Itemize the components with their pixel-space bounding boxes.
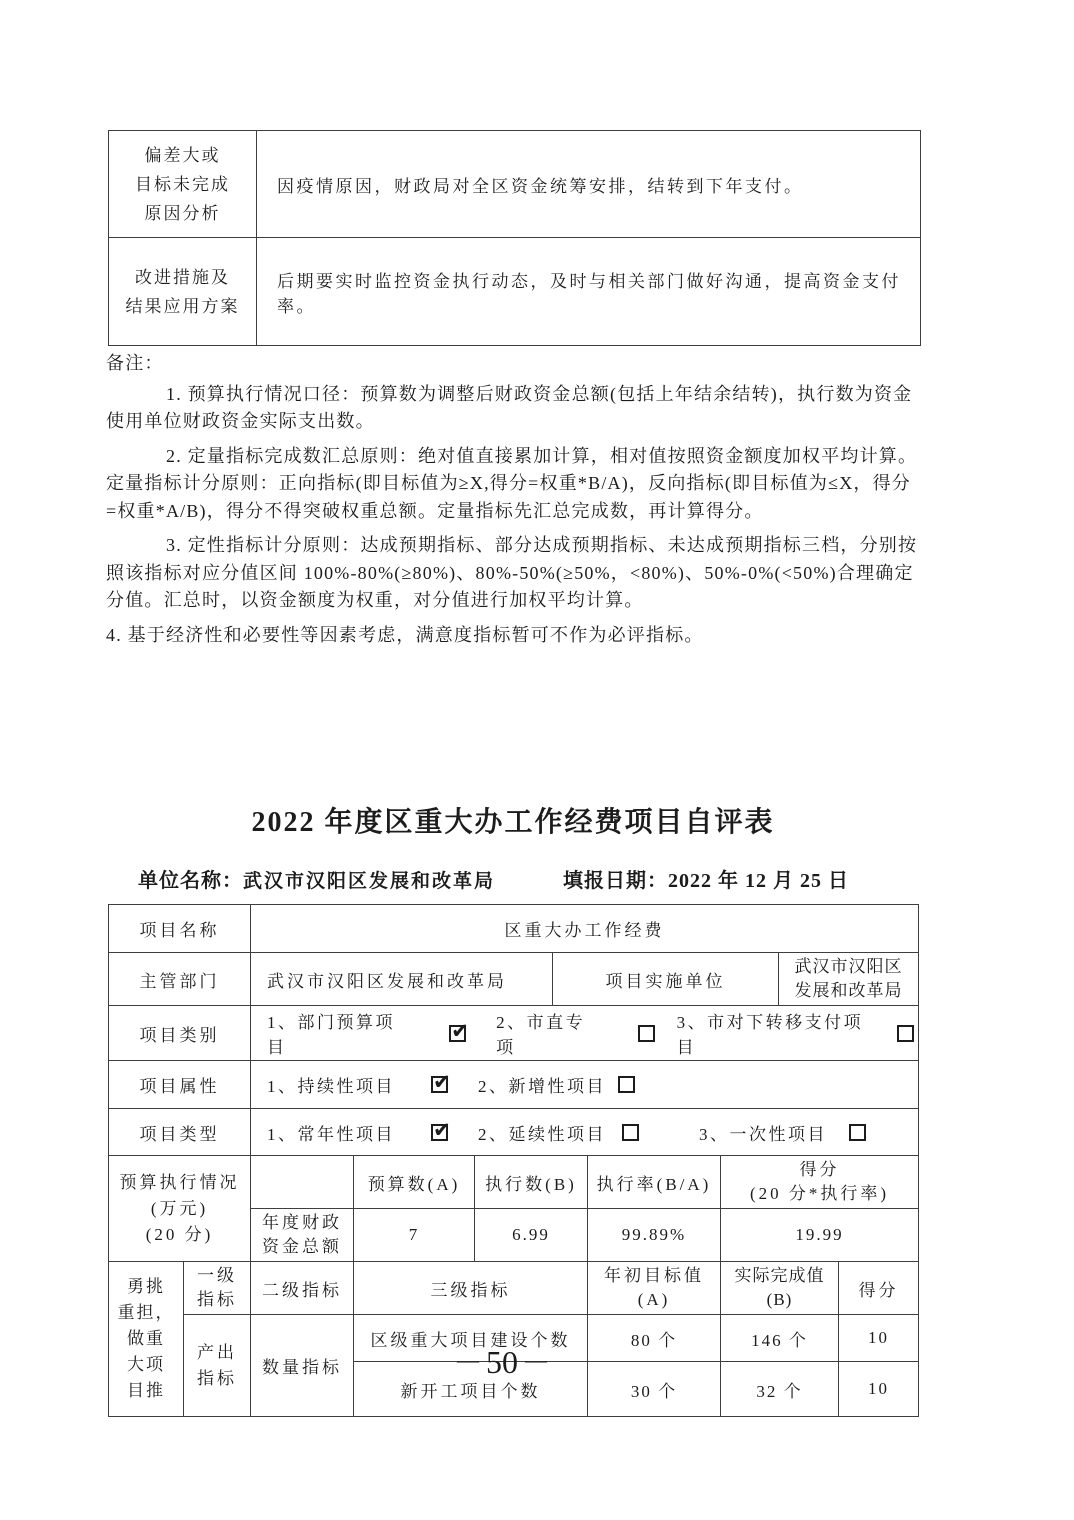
option-label: 3、市对下转移支付项目: [677, 1008, 881, 1058]
option-label: 3、一次性项目: [699, 1120, 827, 1145]
checkbox-icon: [618, 1076, 635, 1093]
project-name-value: 区重大办工作经费: [251, 905, 919, 953]
budget-value-b: 6.99: [475, 1209, 588, 1262]
indicator-actual: 32 个: [721, 1362, 839, 1417]
budget-header-b: 执行数(B): [475, 1156, 588, 1209]
checkbox-checked-icon: ✔: [431, 1076, 448, 1093]
fill-date-value: 2022 年 12 月 25 日: [668, 870, 849, 892]
notes-heading: 备注：: [106, 350, 922, 378]
table-row: 改进措施及 结果应用方案 后期要实时监控资金执行动态，及时与相关部门做好沟通，提…: [109, 238, 921, 346]
deviation-reason-value: 因疫情原因，财政局对全区资金统筹安排，结转到下年支付。: [257, 131, 921, 238]
option-perennial: 1、常年性项目✔: [267, 1120, 448, 1145]
checkbox-icon: [622, 1124, 639, 1141]
category-label: 项目类别: [109, 1006, 251, 1061]
option-label: 1、持续性项目: [267, 1072, 395, 1097]
checkbox-icon: [897, 1025, 914, 1042]
actual-header: 实际完成值 (B): [721, 1262, 839, 1315]
indicator-target: 30 个: [588, 1362, 721, 1417]
table-row: 项目类别 1、部门预算项目✔ 2、市直专项 3、市对下转移支付项目: [109, 1006, 919, 1061]
table-row: 预算执行情况 (万元) (20 分) 预算数(A) 执行数(B) 执行率(B/A…: [109, 1156, 919, 1209]
table-row: 项目类型 1、常年性项目✔ 2、延续性项目 3、一次性项目: [109, 1109, 919, 1156]
impl-unit-value: 武汉市汉阳区 发展和改革局: [779, 953, 919, 1006]
self-evaluation-table: 项目名称 区重大办工作经费 主管部门 武汉市汉阳区发展和改革局 项目实施单位 武…: [108, 904, 919, 1417]
note-item-3: 3. 定性指标计分原则：达成预期指标、部分达成预期指标、未达成预期指标三档，分别…: [106, 532, 922, 615]
category-options-cell: 1、部门预算项目✔ 2、市直专项 3、市对下转移支付项目: [251, 1006, 919, 1061]
level1-value: 产出 指标: [184, 1315, 251, 1417]
budget-execution-label: 预算执行情况 (万元) (20 分): [109, 1156, 251, 1262]
annual-funds-label: 年度财政 资金总额: [251, 1209, 354, 1262]
option-city-special: 2、市直专项: [496, 1008, 654, 1058]
check-mark: ✔: [433, 1070, 451, 1094]
type-options-cell: 1、常年性项目✔ 2、延续性项目 3、一次性项目: [251, 1109, 919, 1156]
indicator-target: 80 个: [588, 1315, 721, 1362]
option-label: 2、市直专项: [496, 1008, 603, 1058]
note-item-2: 2. 定量指标完成数汇总原则：绝对值直接累加计算，相对值按照资金额度加权平均计算…: [106, 443, 922, 526]
note-item-4: 4. 基于经济性和必要性等因素考虑，满意度指标暂可不作为必评指标。: [106, 622, 922, 650]
option-label: 1、部门预算项目: [267, 1008, 413, 1058]
level3-header: 三级指标: [354, 1262, 588, 1315]
check-mark: ✔: [433, 1118, 451, 1142]
budget-value-a: 7: [354, 1209, 475, 1262]
checkbox-checked-icon: ✔: [431, 1124, 448, 1141]
attribute-options-cell: 1、持续性项目✔ 2、新增性项目: [251, 1061, 919, 1109]
impl-unit-label: 项目实施单位: [553, 953, 779, 1006]
empty-cell: [251, 1156, 354, 1209]
table-row: 项目名称 区重大办工作经费: [109, 905, 919, 953]
notes-section: 备注： 1. 预算执行情况口径：预算数为调整后财政资金总额(包括上年结余结转)，…: [106, 350, 922, 656]
improvement-plan-label: 改进措施及 结果应用方案: [109, 238, 257, 346]
option-label: 2、新增性项目: [478, 1072, 606, 1097]
level2-value: 数量指标: [251, 1315, 354, 1417]
indicator-actual: 146 个: [721, 1315, 839, 1362]
table-row: 项目属性 1、持续性项目✔ 2、新增性项目: [109, 1061, 919, 1109]
checkbox-icon: [638, 1025, 655, 1042]
budget-header-rate: 执行率(B/A): [588, 1156, 721, 1209]
table-row: 产出 指标 数量指标 区级重大项目建设个数 80 个 146 个 10: [109, 1315, 919, 1362]
table-row: 偏差大或 目标未完成 原因分析 因疫情原因，财政局对全区资金统筹安排，结转到下年…: [109, 131, 921, 238]
budget-value-score: 19.99: [721, 1209, 919, 1262]
form-title: 2022 年度区重大办工作经费项目自评表: [0, 800, 1026, 840]
option-label: 2、延续性项目: [478, 1120, 606, 1145]
table-row: 勇挑 重担， 做重 大项 目推 一级 指标 二级指标 三级指标 年初目标值 (A…: [109, 1262, 919, 1315]
dept-value: 武汉市汉阳区发展和改革局: [251, 953, 553, 1006]
option-one-time: 3、一次性项目: [699, 1120, 866, 1145]
indicator-name: 区级重大项目建设个数: [354, 1315, 588, 1362]
project-name-label: 项目名称: [109, 905, 251, 953]
attribute-label: 项目属性: [109, 1061, 251, 1109]
budget-value-rate: 99.89%: [588, 1209, 721, 1262]
improvement-plan-value: 后期要实时监控资金执行动态，及时与相关部门做好沟通，提高资金支付率。: [257, 238, 921, 346]
document-page: 偏差大或 目标未完成 原因分析 因疫情原因，财政局对全区资金统筹安排，结转到下年…: [0, 0, 1074, 1520]
option-transfer-payment: 3、市对下转移支付项目: [677, 1008, 914, 1058]
indicator-score: 10: [839, 1362, 919, 1417]
checkbox-checked-icon: ✔: [449, 1025, 466, 1042]
score-header: 得分: [839, 1262, 919, 1315]
table-row: 主管部门 武汉市汉阳区发展和改革局 项目实施单位 武汉市汉阳区 发展和改革局: [109, 953, 919, 1006]
option-extended: 2、延续性项目: [478, 1120, 639, 1145]
budget-header-a: 预算数(A): [354, 1156, 475, 1209]
indicator-group-label: 勇挑 重担， 做重 大项 目推: [109, 1262, 184, 1417]
option-continuous: 1、持续性项目✔: [267, 1072, 448, 1097]
level1-header: 一级 指标: [184, 1262, 251, 1315]
note-item-1: 1. 预算执行情况口径：预算数为调整后财政资金总额(包括上年结余结转)，执行数为…: [106, 381, 922, 436]
option-dept-budget: 1、部门预算项目✔: [267, 1008, 466, 1058]
type-label: 项目类型: [109, 1109, 251, 1156]
indicator-name: 新开工项目个数: [354, 1362, 588, 1417]
unit-name-value: 武汉市汉阳区发展和改革局: [243, 871, 495, 892]
dept-label: 主管部门: [109, 953, 251, 1006]
budget-header-score: 得分 (20 分*执行率): [721, 1156, 919, 1209]
fill-date-label: 填报日期：: [563, 870, 668, 892]
deviation-table: 偏差大或 目标未完成 原因分析 因疫情原因，财政局对全区资金统筹安排，结转到下年…: [108, 130, 921, 346]
form-meta-line: 单位名称：武汉市汉阳区发展和改革局填报日期：2022 年 12 月 25 日: [138, 864, 938, 893]
target-header: 年初目标值 (A): [588, 1262, 721, 1315]
unit-name-label: 单位名称：: [138, 870, 243, 892]
deviation-reason-label: 偏差大或 目标未完成 原因分析: [109, 131, 257, 238]
option-label: 1、常年性项目: [267, 1120, 395, 1145]
indicator-score: 10: [839, 1315, 919, 1362]
check-mark: ✔: [451, 1019, 469, 1043]
checkbox-icon: [849, 1124, 866, 1141]
option-new: 2、新增性项目: [478, 1072, 635, 1097]
level2-header: 二级指标: [251, 1262, 354, 1315]
